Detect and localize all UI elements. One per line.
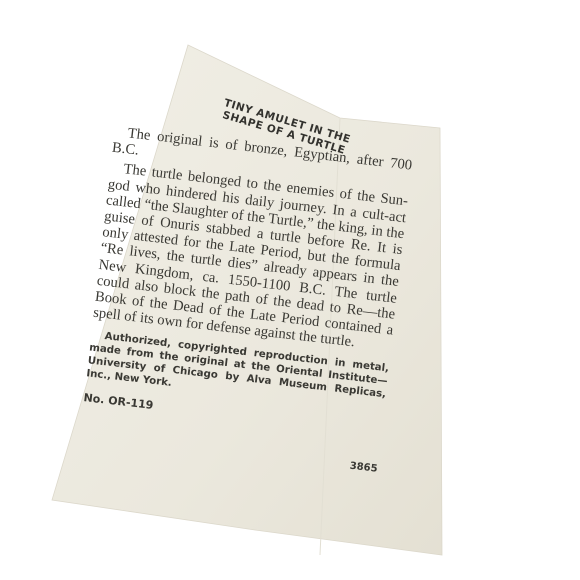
body-paragraph: The turtle belonged to the enemies of th… — [92, 160, 408, 355]
leaflet-text: TINY AMULET IN THE SHAPE OF A TURTLE The… — [79, 96, 416, 474]
